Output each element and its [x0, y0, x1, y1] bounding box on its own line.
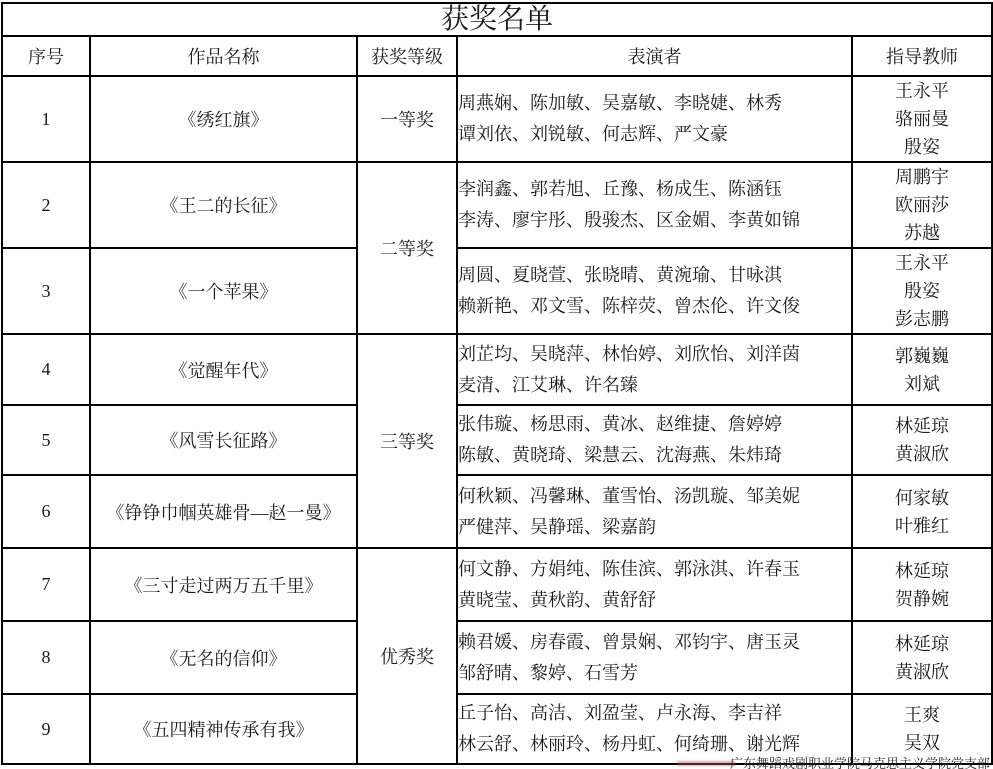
table-row: 4 《觉醒年代》 三等奖 刘芷均、吴晓萍、林怡婷、刘欣怡、刘洋茵 麦清、江艾琳、…	[2, 334, 992, 405]
cell-no: 3	[2, 248, 90, 334]
cell-teachers: 王永平 殷姿 彭志鹏	[852, 248, 992, 334]
cell-teachers: 林延琼 黄淑欣	[852, 621, 992, 694]
document-page: 获奖名单 序号 作品名称 获奖等级 表演者 指导教师 1 《绣红旗》 一等奖 周…	[1, 2, 991, 765]
document-title: 获奖名单	[2, 3, 992, 36]
cell-no: 9	[2, 694, 90, 764]
cell-award-third-prize: 三等奖	[357, 334, 457, 548]
cell-teachers: 郭巍巍 刘斌	[852, 334, 992, 405]
cell-work-title: 《铮铮巾帼英雄骨—赵一曼》	[90, 475, 357, 548]
cell-performers: 何秋颖、冯馨琳、董雪怡、汤凯璇、邹美妮 严健萍、吴静瑶、梁嘉韵	[457, 475, 852, 548]
cell-performers: 周燕娴、陈加敏、吴嘉敏、李晓婕、林秀 谭刘依、刘锐敏、何志辉、严文豪	[457, 76, 852, 162]
cell-teachers: 林延琼 黄淑欣	[852, 405, 992, 475]
cell-no: 4	[2, 334, 90, 405]
cell-performers: 周圆、夏晓萱、张晓晴、黄涴瑜、甘咏淇 赖新艳、邓文雪、陈梓荧、曾杰伦、许文俊	[457, 248, 852, 334]
cell-performers: 张伟璇、杨思雨、黄冰、赵维捷、詹婷婷 陈敏、黄晓琦、梁慧云、沈海燕、朱炜琦	[457, 405, 852, 475]
cell-work-title: 《三寸走过两万五千里》	[90, 548, 357, 621]
cell-no: 6	[2, 475, 90, 548]
table-row: 8 《无名的信仰》 赖君媛、房春霞、曾景娴、邓钧宇、唐玉灵 邹舒晴、黎婷、石雪芳…	[2, 621, 992, 694]
cell-work-title: 《风雪长征路》	[90, 405, 357, 475]
cell-work-title: 《无名的信仰》	[90, 621, 357, 694]
column-header-award: 获奖等级	[357, 36, 457, 76]
cell-teachers: 王永平 骆丽曼 殷姿	[852, 76, 992, 162]
table-row: 1 《绣红旗》 一等奖 周燕娴、陈加敏、吴嘉敏、李晓婕、林秀 谭刘依、刘锐敏、何…	[2, 76, 992, 162]
column-header-work: 作品名称	[90, 36, 357, 76]
table-row: 2 《王二的长征》 二等奖 李润鑫、郭若旭、丘豫、杨成生、陈涵钰 李涛、廖宇彤、…	[2, 162, 992, 248]
cell-performers: 刘芷均、吴晓萍、林怡婷、刘欣怡、刘洋茵 麦清、江艾琳、许名臻	[457, 334, 852, 405]
cell-performers: 何文静、方娟纯、陈佳滨、郭泳淇、许春玉 黄晓莹、黄秋韵、黄舒舒	[457, 548, 852, 621]
cell-work-title: 《五四精神传承有我》	[90, 694, 357, 764]
cell-work-title: 《王二的长征》	[90, 162, 357, 248]
cell-award-excellence-prize: 优秀奖	[357, 548, 457, 764]
cell-no: 2	[2, 162, 90, 248]
cell-teachers: 周鹏宇 欧丽莎 苏越	[852, 162, 992, 248]
table-row: 3 《一个苹果》 周圆、夏晓萱、张晓晴、黄涴瑜、甘咏淇 赖新艳、邓文雪、陈梓荧、…	[2, 248, 992, 334]
cell-no: 8	[2, 621, 90, 694]
cell-teachers: 林延琼 贺静婉	[852, 548, 992, 621]
award-table: 获奖名单 序号 作品名称 获奖等级 表演者 指导教师 1 《绣红旗》 一等奖 周…	[1, 2, 993, 765]
column-header-teachers: 指导教师	[852, 36, 992, 76]
column-header-no: 序号	[2, 36, 90, 76]
table-row: 7 《三寸走过两万五千里》 优秀奖 何文静、方娟纯、陈佳滨、郭泳淇、许春玉 黄晓…	[2, 548, 992, 621]
column-header-performers: 表演者	[457, 36, 852, 76]
cell-performers: 赖君媛、房春霞、曾景娴、邓钧宇、唐玉灵 邹舒晴、黎婷、石雪芳	[457, 621, 852, 694]
table-row: 6 《铮铮巾帼英雄骨—赵一曼》 何秋颖、冯馨琳、董雪怡、汤凯璇、邹美妮 严健萍、…	[2, 475, 992, 548]
cell-teachers: 何家敏 叶雅红	[852, 475, 992, 548]
cell-no: 1	[2, 76, 90, 162]
cell-award-first-prize: 一等奖	[357, 76, 457, 162]
footer-watermark-text: 广东舞蹈戏剧职业学院马克思主义学院党支部	[730, 753, 990, 769]
cell-work-title: 《一个苹果》	[90, 248, 357, 334]
cell-no: 7	[2, 548, 90, 621]
table-row: 5 《风雪长征路》 张伟璇、杨思雨、黄冰、赵维捷、詹婷婷 陈敏、黄晓琦、梁慧云、…	[2, 405, 992, 475]
cell-no: 5	[2, 405, 90, 475]
footer-stamp-smudge	[677, 761, 735, 766]
cell-award-second-prize: 二等奖	[357, 162, 457, 334]
cell-performers: 李润鑫、郭若旭、丘豫、杨成生、陈涵钰 李涛、廖宇彤、殷骏杰、区金媚、李黄如锦	[457, 162, 852, 248]
cell-work-title: 《绣红旗》	[90, 76, 357, 162]
cell-work-title: 《觉醒年代》	[90, 334, 357, 405]
